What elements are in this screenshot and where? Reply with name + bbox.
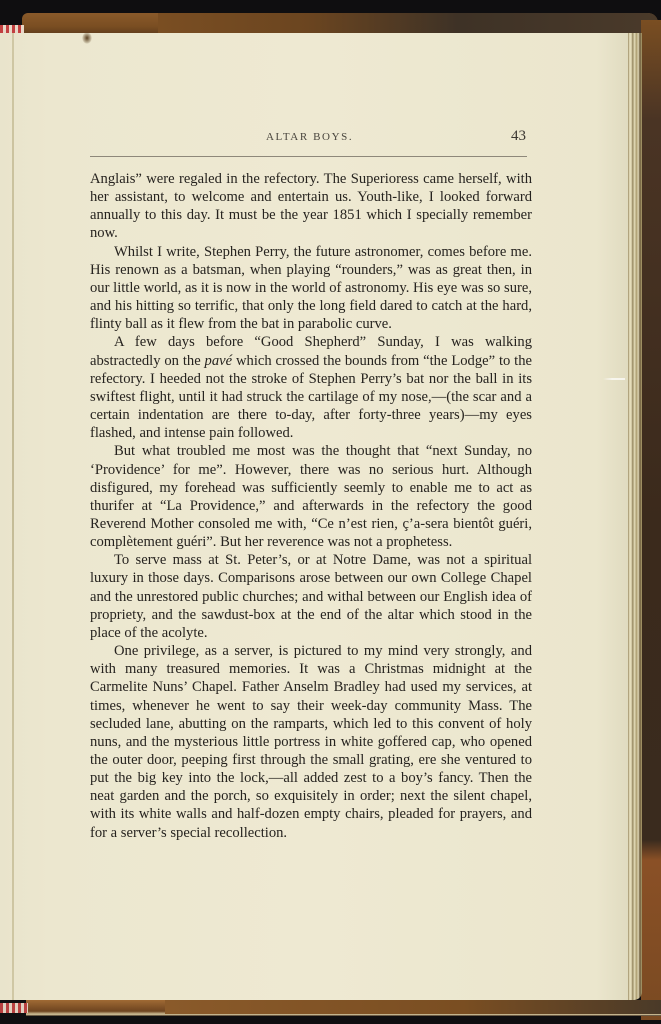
paragraph-3-italic-pave: pavé — [205, 353, 233, 369]
paragraph-5: To serve mass at St. Peter’s, or at Notr… — [90, 551, 532, 642]
header-rule — [90, 156, 527, 157]
running-title: ALTAR BOYS. — [266, 131, 353, 143]
gutter-fold-line — [12, 33, 14, 1000]
ribbon-marker-bottom — [0, 1003, 28, 1013]
paragraph-3: A few days before “Good Shepherd” Sunday… — [90, 333, 532, 442]
paragraph-4: But what troubled me most was the though… — [90, 442, 532, 551]
body-text: Anglais” were regaled in the refectory. … — [90, 170, 532, 842]
margin-mark — [603, 378, 625, 380]
book-binding-bottom-dark — [165, 1000, 661, 1014]
page-edges — [626, 33, 642, 1000]
paragraph-1: Anglais” were regaled in the refectory. … — [90, 170, 532, 243]
page-stain — [82, 32, 92, 44]
page-number: 43 — [511, 128, 526, 145]
paragraph-6: One privilege, as a server, is pictured … — [90, 642, 532, 842]
book-binding-top-dark — [158, 13, 658, 33]
paragraph-2: Whilst I write, Stephen Perry, the futur… — [90, 243, 532, 334]
running-head: ALTAR BOYS. 43 — [90, 128, 530, 150]
book-binding-right — [641, 20, 661, 1020]
